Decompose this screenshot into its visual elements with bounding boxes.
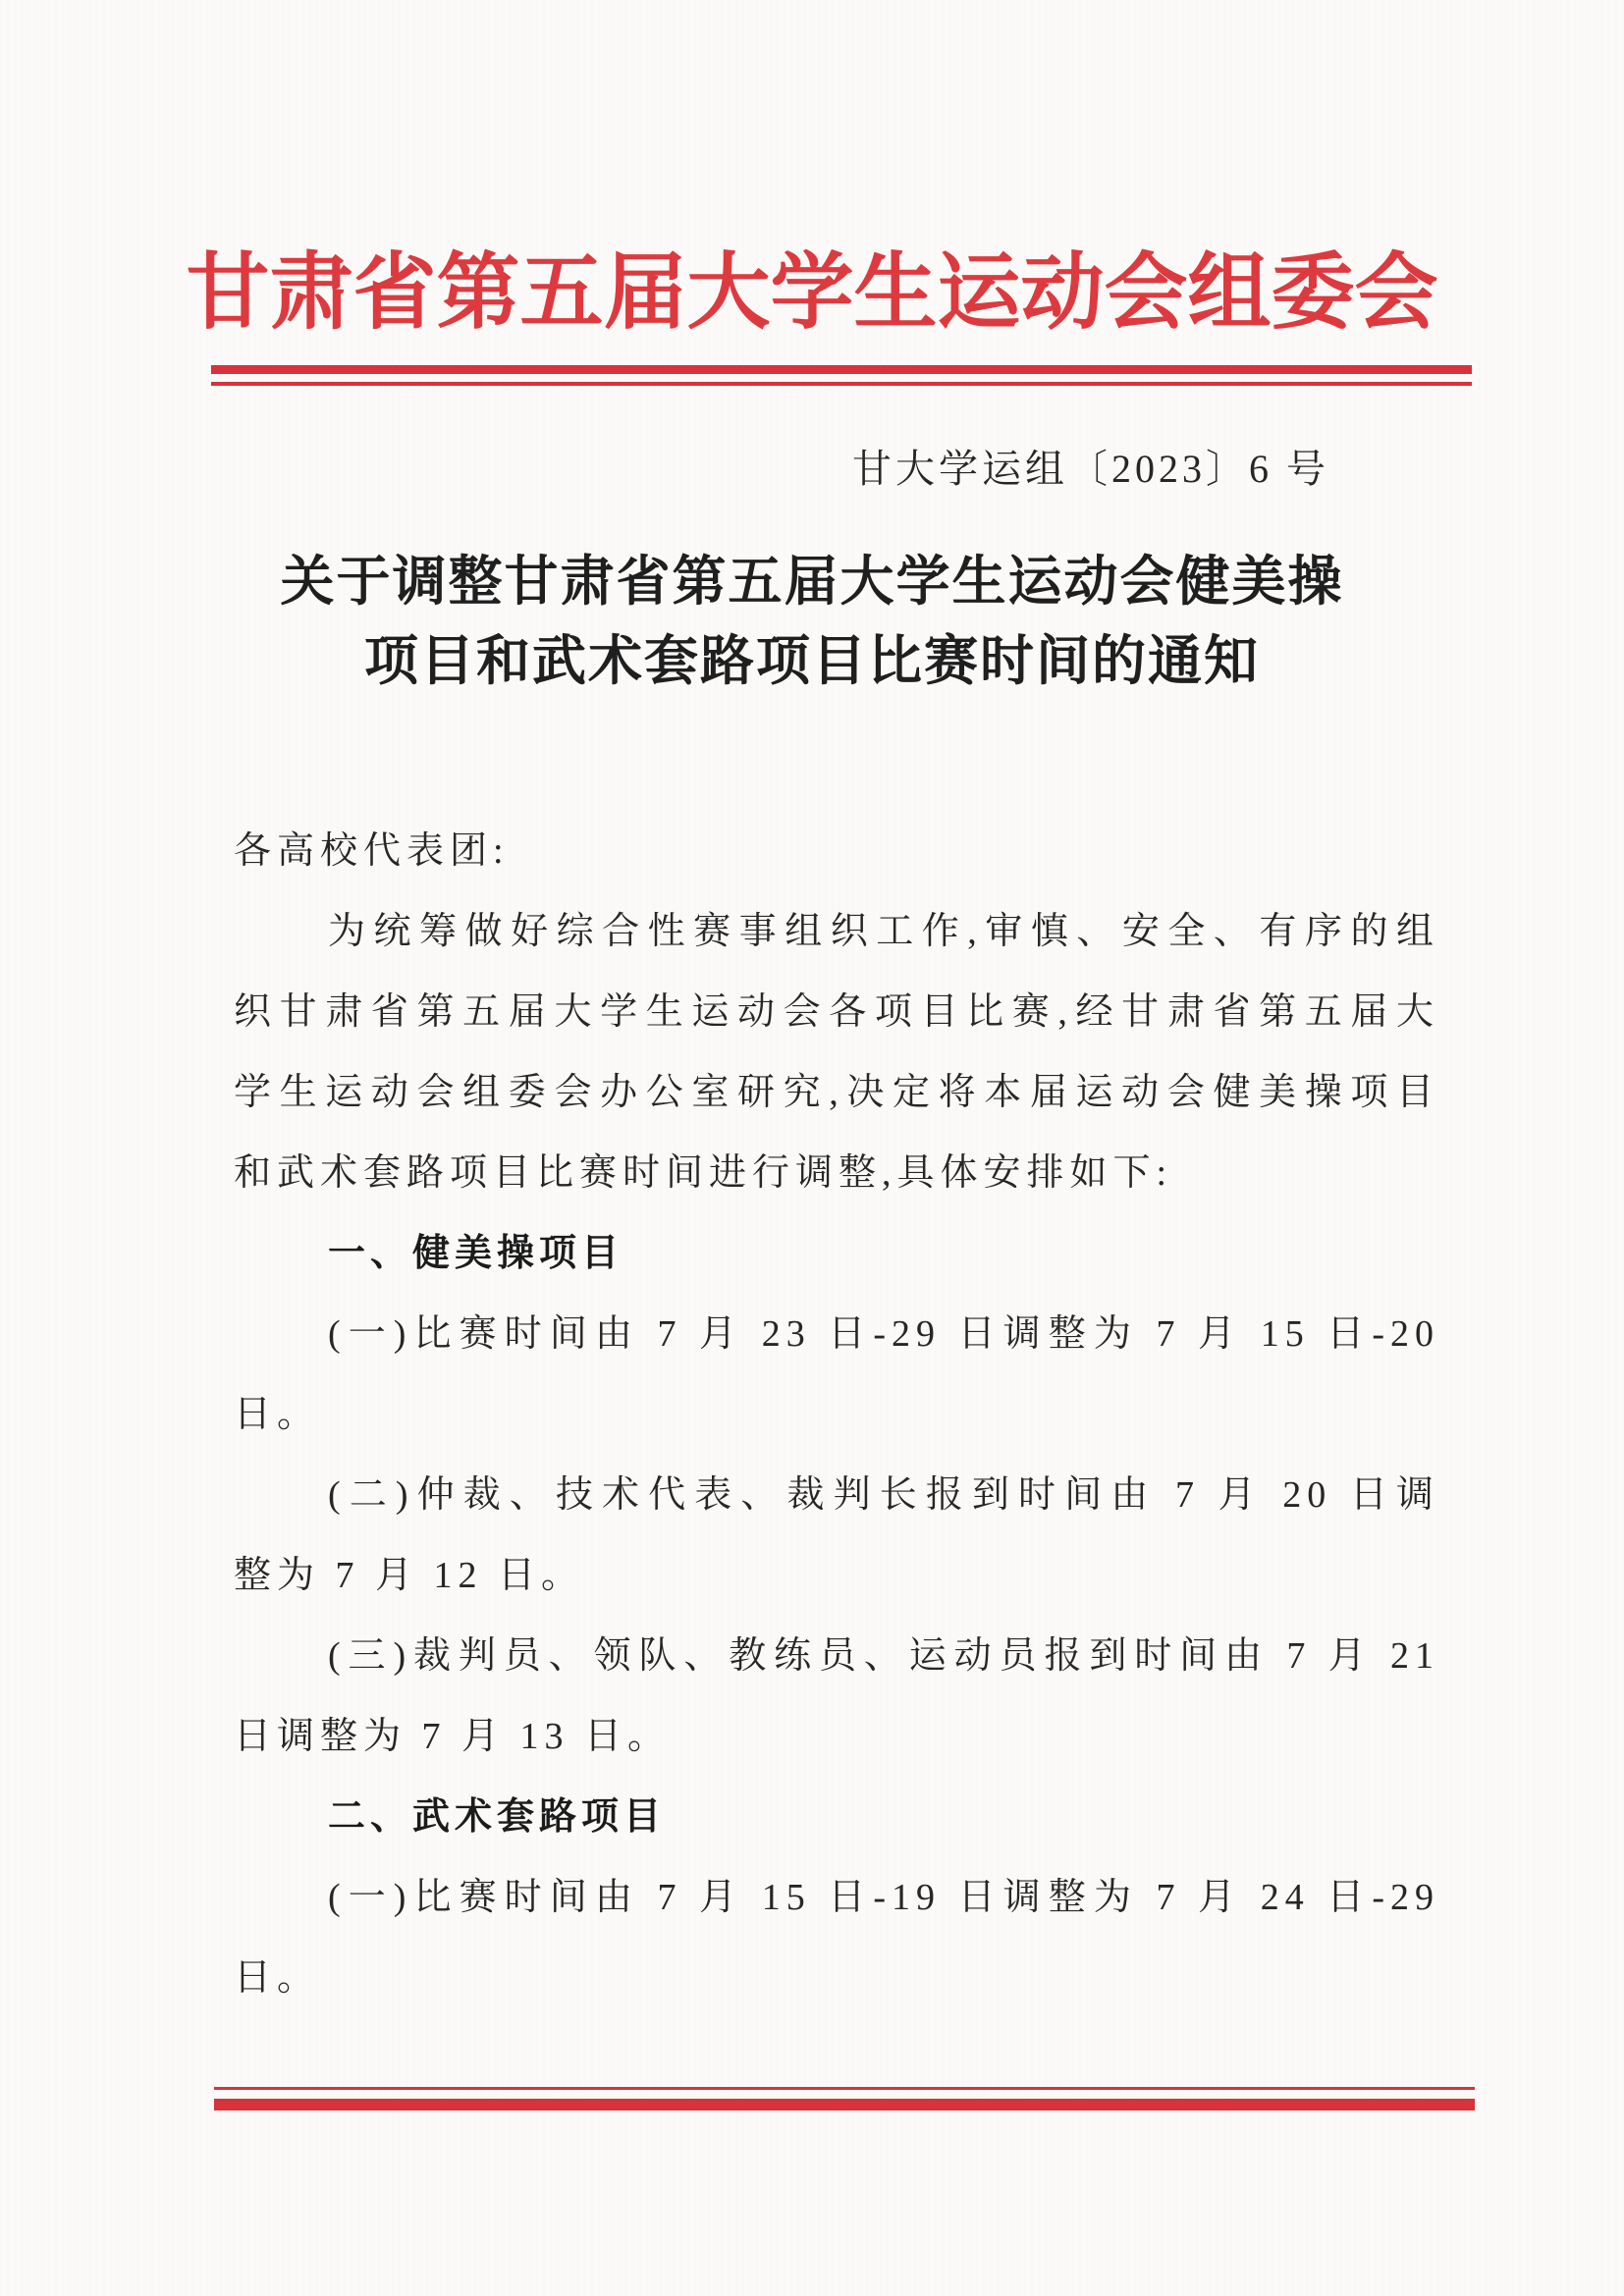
document-title-line1: 关于调整甘肃省第五届大学生运动会健美操 [280,552,1343,612]
document-page: 甘肃省第五届大学生运动会组委会 甘大学运组〔2023〕6 号 关于调整甘肃省第五… [0,0,1624,2296]
paragraph-line: 和武术套路项目比赛时间进行调整,具体安排如下: [234,1133,1439,1213]
paragraph-line: 为统筹做好综合性赛事组织工作,审慎、安全、有序的组 [234,891,1439,972]
document-number: 甘大学运组〔2023〕6 号 [852,444,1329,495]
item-line: (一)比赛时间由 7 月 15 日-19 日调整为 7 月 24 日-29 [234,1857,1439,1938]
footer-separator-thin-rule [214,2087,1475,2090]
document-title: 关于调整甘肃省第五届大学生运动会健美操 项目和武术套路项目比赛时间的通知 [0,542,1624,701]
item-line: (一)比赛时间由 7 月 23 日-29 日调整为 7 月 15 日-20 [234,1294,1439,1374]
paragraph-line: 学生运动会组委会办公室研究,决定将本届运动会健美操项目 [234,1052,1439,1133]
header-separator [211,365,1472,386]
footer-separator-thick-rule [214,2099,1475,2110]
footer-separator [214,2087,1475,2110]
section-heading-wushu: 二、武术套路项目 [234,1777,1439,1857]
item-line: (三)裁判员、领队、教练员、运动员报到时间由 7 月 21 [234,1616,1439,1696]
item-line-continuation: 日。 [234,1374,1439,1455]
section-heading-aerobics: 一、健美操项目 [234,1213,1439,1294]
header-separator-thin-rule [211,382,1472,386]
paragraph-line: 织甘肃省第五届大学生运动会各项目比赛,经甘肃省第五届大 [234,972,1439,1052]
document-title-line2: 项目和武术套路项目比赛时间的通知 [364,631,1260,691]
document-body: 各高校代表团: 为统筹做好综合性赛事组织工作,审慎、安全、有序的组 织甘肃省第五… [234,811,1439,2018]
salutation: 各高校代表团: [234,811,1439,891]
item-line-continuation: 整为 7 月 12 日。 [234,1535,1439,1616]
header-separator-thick-rule [211,365,1472,374]
letterhead-org-title: 甘肃省第五届大学生运动会组委会 [0,241,1624,346]
item-line-continuation: 日。 [234,1938,1439,2018]
item-line: (二)仲裁、技术代表、裁判长报到时间由 7 月 20 日调 [234,1455,1439,1535]
item-line-continuation: 日调整为 7 月 13 日。 [234,1696,1439,1777]
